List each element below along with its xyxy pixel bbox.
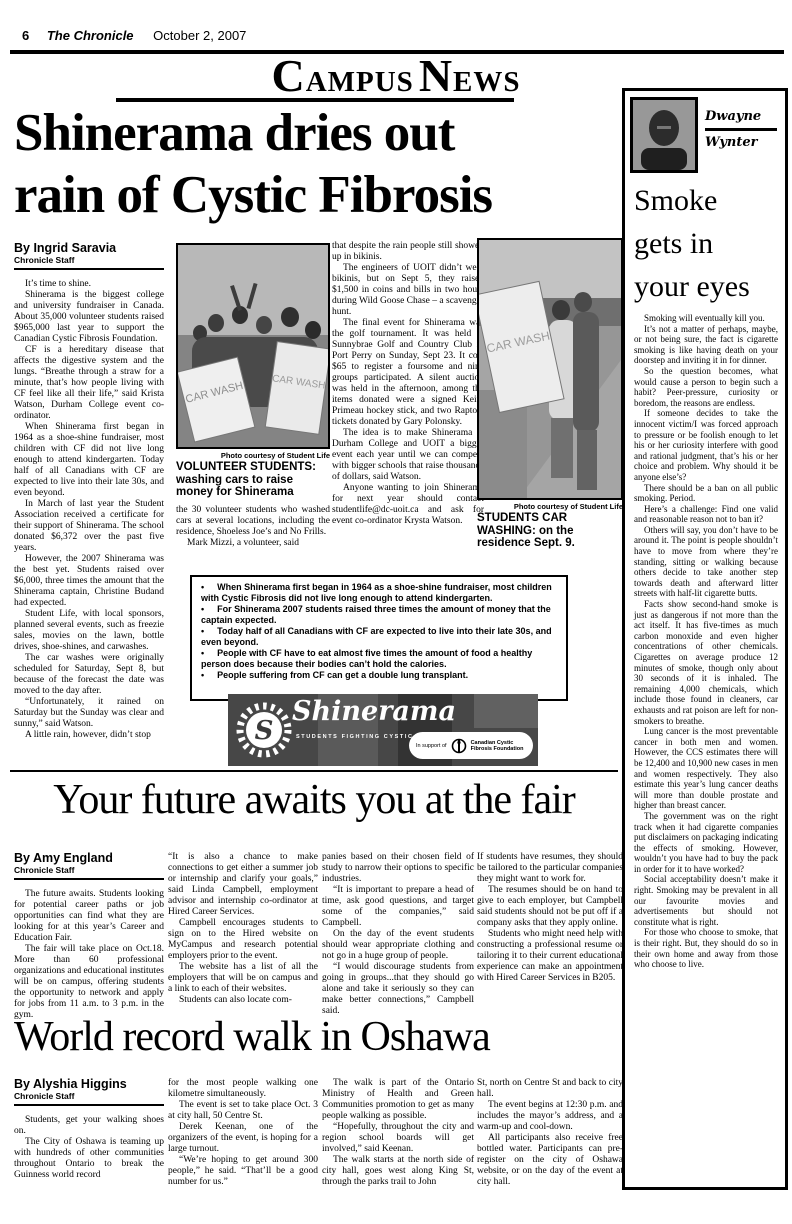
walk-headline: World record walk in Oshawa	[14, 1012, 620, 1062]
walk-column-1: By Alyshia Higgins Chronicle Staff Stude…	[14, 1078, 164, 1181]
masthead-text: EWS	[453, 66, 520, 98]
byline-author: By Ingrid Saravia	[14, 242, 164, 255]
volunteers-photo: CAR WASH CAR WASH	[176, 243, 330, 449]
foundation-name: Canadian Cystic Fibrosis Foundation	[471, 740, 524, 752]
fact-item: Today half of all Canadians with CF are …	[201, 626, 557, 648]
article-paragraph: “We’re hoping to get around 300 people,”…	[168, 1155, 318, 1188]
fact-item: When Shinerama first began in 1964 as a …	[201, 582, 557, 604]
article-paragraph: The engineers of UOIT didn’t wear bikini…	[332, 263, 484, 318]
article-paragraph: For those who choose to smoke, that is t…	[634, 927, 778, 969]
article-paragraph: The City of Oshawa is teaming up with hu…	[14, 1137, 164, 1181]
shinerama-column-2-text: the 30 volunteer students who washed car…	[176, 505, 330, 549]
shinerama-column-2: CAR WASH CAR WASH Photo courtesy of Stud…	[176, 243, 330, 549]
issue-date: October 2, 2007	[153, 28, 246, 43]
article-paragraph: The fair will take place on Oct.18. More…	[14, 944, 164, 1021]
article-paragraph: Social acceptability doesn’t make it rig…	[634, 874, 778, 927]
author-last-name: Wynter	[705, 135, 777, 150]
article-paragraph: Facts show second-hand smoke is just as …	[634, 599, 778, 726]
fair-column-3: panies based on their chosen field of st…	[322, 852, 474, 1017]
header-rule	[10, 50, 784, 54]
article-paragraph: Student Life, with local sponsors, plann…	[14, 609, 164, 653]
shinerama-column-3: that despite the rain people still showe…	[332, 241, 484, 527]
opinion-headline: Smoke gets in your eyes	[634, 179, 779, 308]
byline-author: By Alyshia Higgins	[14, 1078, 164, 1091]
article-paragraph: If students have resumes, they should be…	[477, 852, 623, 885]
photo-caption: STUDENTS CAR WASHING: on the residence S…	[477, 512, 623, 550]
opinion-column: Dwayne Wynter Smoke gets in your eyes Sm…	[622, 88, 788, 1190]
article-paragraph: The car washes were originally scheduled…	[14, 653, 164, 697]
masthead-letter: C	[271, 50, 305, 101]
headline-line: Shinerama dries out	[14, 102, 620, 164]
masthead-letter: N	[419, 50, 453, 101]
walk-column-4: St, north on Centre St and back to city …	[477, 1078, 623, 1188]
foundation-line: Fibrosis Foundation	[471, 746, 524, 752]
article-paragraph: It’s time to shine.	[14, 279, 164, 290]
byline-author: By Amy England	[14, 852, 164, 865]
article-paragraph: In March of last year the Student Associ…	[14, 499, 164, 554]
photo-credit: Photo courtesy of Student Life	[477, 502, 623, 511]
opinion-author: Dwayne Wynter	[705, 109, 777, 150]
article-paragraph: “It is also a chance to make connections…	[168, 852, 318, 918]
ccff-logo-icon	[451, 738, 467, 754]
support-label: In support of	[416, 743, 447, 749]
article-paragraph: The event is set to take place Oct. 3 at…	[168, 1100, 318, 1122]
carwash-photo: CAR WASH	[477, 238, 623, 500]
shinerama-column-1: By Ingrid Saravia Chronicle Staff It’s t…	[14, 242, 164, 741]
article-paragraph: If someone decides to take the innocent …	[634, 408, 778, 482]
headline-line: your eyes	[634, 265, 779, 308]
page-number: 6	[22, 28, 29, 43]
shinerama-banner: S Shinerama STUDENTS FIGHTING CYSTIC FIB…	[228, 694, 538, 766]
carwash-photo-art: CAR WASH	[479, 240, 621, 498]
article-paragraph: There should be a ban on all public smok…	[634, 483, 778, 504]
photo-credit: Photo courtesy of Student Life	[176, 451, 330, 460]
author-headshot	[630, 97, 698, 173]
article-paragraph: The resumes should be on hand to give to…	[477, 885, 623, 929]
masthead-text: AMPUS	[306, 66, 414, 98]
article-paragraph: Others will say, you don’t have to be ar…	[634, 525, 778, 599]
article-paragraph: The walk starts at the north side of cit…	[322, 1155, 474, 1188]
article-paragraph: So the question becomes, what would caus…	[634, 366, 778, 408]
article-paragraph: for the most people walking one kilometr…	[168, 1078, 318, 1100]
article-paragraph: Students who might need help with constr…	[477, 929, 623, 984]
walk-column-3: The walk is part of the Ontario Ministry…	[322, 1078, 474, 1188]
opinion-body: Smoking will eventually kill you. It’s n…	[634, 313, 778, 970]
headshot-art	[633, 100, 695, 170]
article-paragraph: Mark Mizzi, a volunteer, said	[176, 538, 330, 549]
article-paragraph: The final event for Shinerama was the go…	[332, 318, 484, 428]
newspaper-page: 6 The Chronicle October 2, 2007 CAMPUS N…	[0, 0, 792, 1224]
fair-column-2: “It is also a chance to make connections…	[168, 852, 318, 1006]
byline-role: Chronicle Staff	[14, 865, 164, 880]
article-paragraph: CF is a hereditary disease that affects …	[14, 345, 164, 422]
article-paragraph: The walk is part of the Ontario Ministry…	[322, 1078, 474, 1122]
fair-headline: Your future awaits you at the fair	[10, 774, 618, 826]
article-paragraph: Lung cancer is the most preventable canc…	[634, 726, 778, 811]
article-paragraph: the 30 volunteer students who washed car…	[176, 505, 330, 538]
byline-role: Chronicle Staff	[14, 1091, 164, 1106]
article-paragraph: “It is important to prepare a head of ti…	[322, 885, 474, 929]
article-paragraph: Here’s a challenge: Find one valid and r…	[634, 504, 778, 525]
article-paragraph: On the day of the event students should …	[322, 929, 474, 962]
article-paragraph: Students, get your walking shoes on.	[14, 1115, 164, 1137]
shinerama-column-4: CAR WASH Photo courtesy of Student Life …	[477, 238, 623, 556]
cf-facts-box: When Shinerama first began in 1964 as a …	[190, 575, 568, 701]
byline-role: Chronicle Staff	[14, 255, 164, 270]
article-paragraph: St, north on Centre St and back to city …	[477, 1078, 623, 1100]
banner-brand: Shinerama	[292, 696, 456, 727]
article-paragraph: When Shinerama first began in 1964 as a …	[14, 422, 164, 499]
article-paragraph: The idea is to make Shinerama at Durham …	[332, 428, 484, 483]
article-paragraph: “I would discourage students from going …	[322, 962, 474, 1017]
fair-column-1: By Amy England Chronicle Staff The futur…	[14, 852, 164, 1021]
sun-logo-letter: S	[255, 716, 274, 746]
article-paragraph: Campbell encourages students to sign on …	[168, 918, 318, 962]
article-paragraph: Anyone wanting to join Shinerama for nex…	[332, 483, 484, 527]
support-badge: In support of Canadian Cystic Fibrosis F…	[409, 732, 533, 759]
fair-column-4: If students have resumes, they should be…	[477, 852, 623, 984]
article-paragraph: Shinerama is the biggest college and uni…	[14, 290, 164, 345]
cf-facts-list: When Shinerama first began in 1964 as a …	[201, 582, 557, 681]
banner-collage-tile	[474, 694, 538, 728]
fact-item: For Shinerama 2007 students raised three…	[201, 604, 557, 626]
article-paragraph: The website has a list of all the employ…	[168, 962, 318, 995]
article-paragraph: It’s not a matter of perhaps, maybe, or …	[634, 324, 778, 366]
headline-line: rain of Cystic Fibrosis	[14, 164, 620, 226]
article-paragraph: All participants also receive free bottl…	[477, 1133, 623, 1188]
shinerama-headline: Shinerama dries out rain of Cystic Fibro…	[14, 102, 620, 226]
article-paragraph: A little rain, however, didn’t stop	[14, 730, 164, 741]
fact-item: People suffering from CF can get a doubl…	[201, 670, 557, 681]
author-first-name: Dwayne	[705, 109, 777, 124]
walk-column-2: for the most people walking one kilometr…	[168, 1078, 318, 1188]
headline-line: gets in	[634, 222, 779, 265]
article-paragraph: that despite the rain people still showe…	[332, 241, 484, 263]
author-name-rule	[705, 128, 777, 131]
article-paragraph: Smoking will eventually kill you.	[634, 313, 778, 324]
article-paragraph: However, the 2007 Shinerama was the best…	[14, 554, 164, 609]
article-paragraph: The government was on the right track wh…	[634, 811, 778, 875]
fact-item: People with CF have to eat almost five t…	[201, 648, 557, 670]
article-divider-rule	[10, 770, 618, 772]
photo-caption: VOLUNTEER STUDENTS: washing cars to rais…	[176, 461, 330, 499]
article-paragraph: Students can also locate com-	[168, 995, 318, 1006]
shinerama-sun-logo: S	[236, 702, 292, 758]
article-paragraph: “Unfortunately, it rained on Saturday bu…	[14, 697, 164, 730]
paper-name: The Chronicle	[47, 28, 134, 43]
article-paragraph: panies based on their chosen field of st…	[322, 852, 474, 885]
volunteers-photo-art: CAR WASH CAR WASH	[178, 245, 328, 447]
article-paragraph: “Hopefully, throughout the city and regi…	[322, 1122, 474, 1155]
article-paragraph: Derek Keenan, one of the organizers of t…	[168, 1122, 318, 1155]
page-header: 6 The Chronicle October 2, 2007	[22, 28, 246, 43]
article-paragraph: The future awaits. Students looking for …	[14, 889, 164, 944]
article-paragraph: The event begins at 12:30 p.m. and inclu…	[477, 1100, 623, 1133]
headline-line: Smoke	[634, 179, 779, 222]
